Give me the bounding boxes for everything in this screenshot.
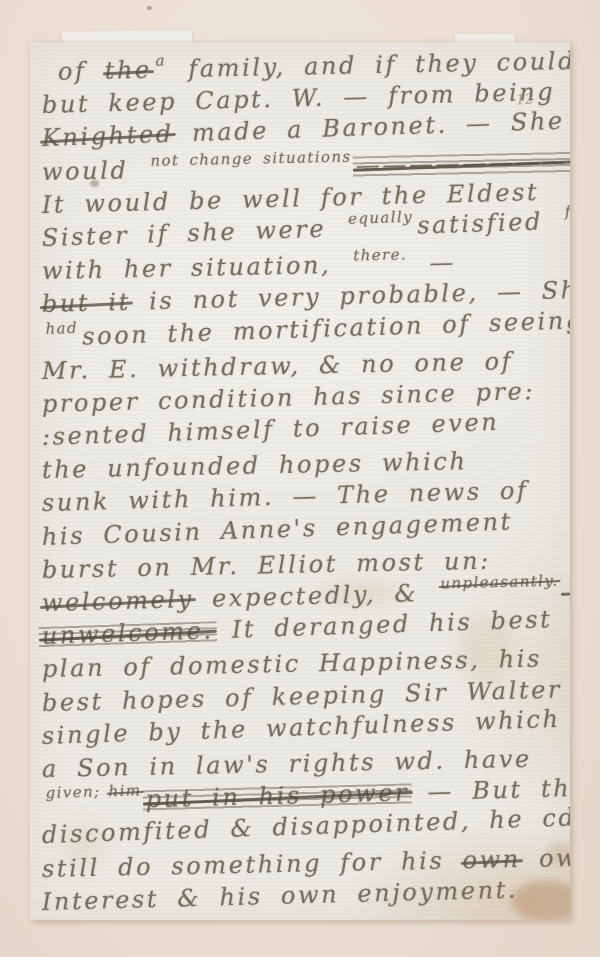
document-scan: 12 of thea family, and if they couldbut …	[0, 0, 600, 957]
word-segment-struck: unwelcomely	[562, 570, 570, 603]
word-segment-sup: had	[45, 311, 78, 345]
word-segment: would	[42, 155, 147, 185]
word-segment: Sister if she were	[41, 214, 344, 252]
word-segment: satisfied	[417, 207, 562, 240]
word-segment-struck: welcomely	[42, 585, 195, 617]
word-segment-sup: for	[564, 195, 570, 229]
word-segment-struck: the	[104, 56, 152, 85]
word-segment-scribble: unwelcome.	[41, 615, 214, 654]
word-segment-sup-struck: unpleasantly.	[440, 564, 559, 600]
word-segment: with her situation,	[42, 251, 350, 285]
mat-speck	[147, 6, 152, 10]
word-segment-sup: not change situations	[150, 140, 352, 177]
word-segment-struck: own	[462, 844, 521, 873]
word-segment-sup: a	[155, 44, 166, 77]
word-segment: own	[521, 843, 570, 873]
word-segment-sup: given;	[45, 776, 101, 811]
word-segment-sup: equally	[348, 201, 414, 236]
manuscript-text: of thea family, and if they couldbut kee…	[42, 56, 564, 919]
word-segment: —	[411, 248, 456, 277]
word-segment: of	[58, 57, 105, 86]
word-segment-sup: there.	[353, 238, 407, 272]
manuscript-page: 12 of thea family, and if they couldbut …	[30, 42, 570, 920]
word-segment-sup-struck: him	[108, 775, 142, 809]
